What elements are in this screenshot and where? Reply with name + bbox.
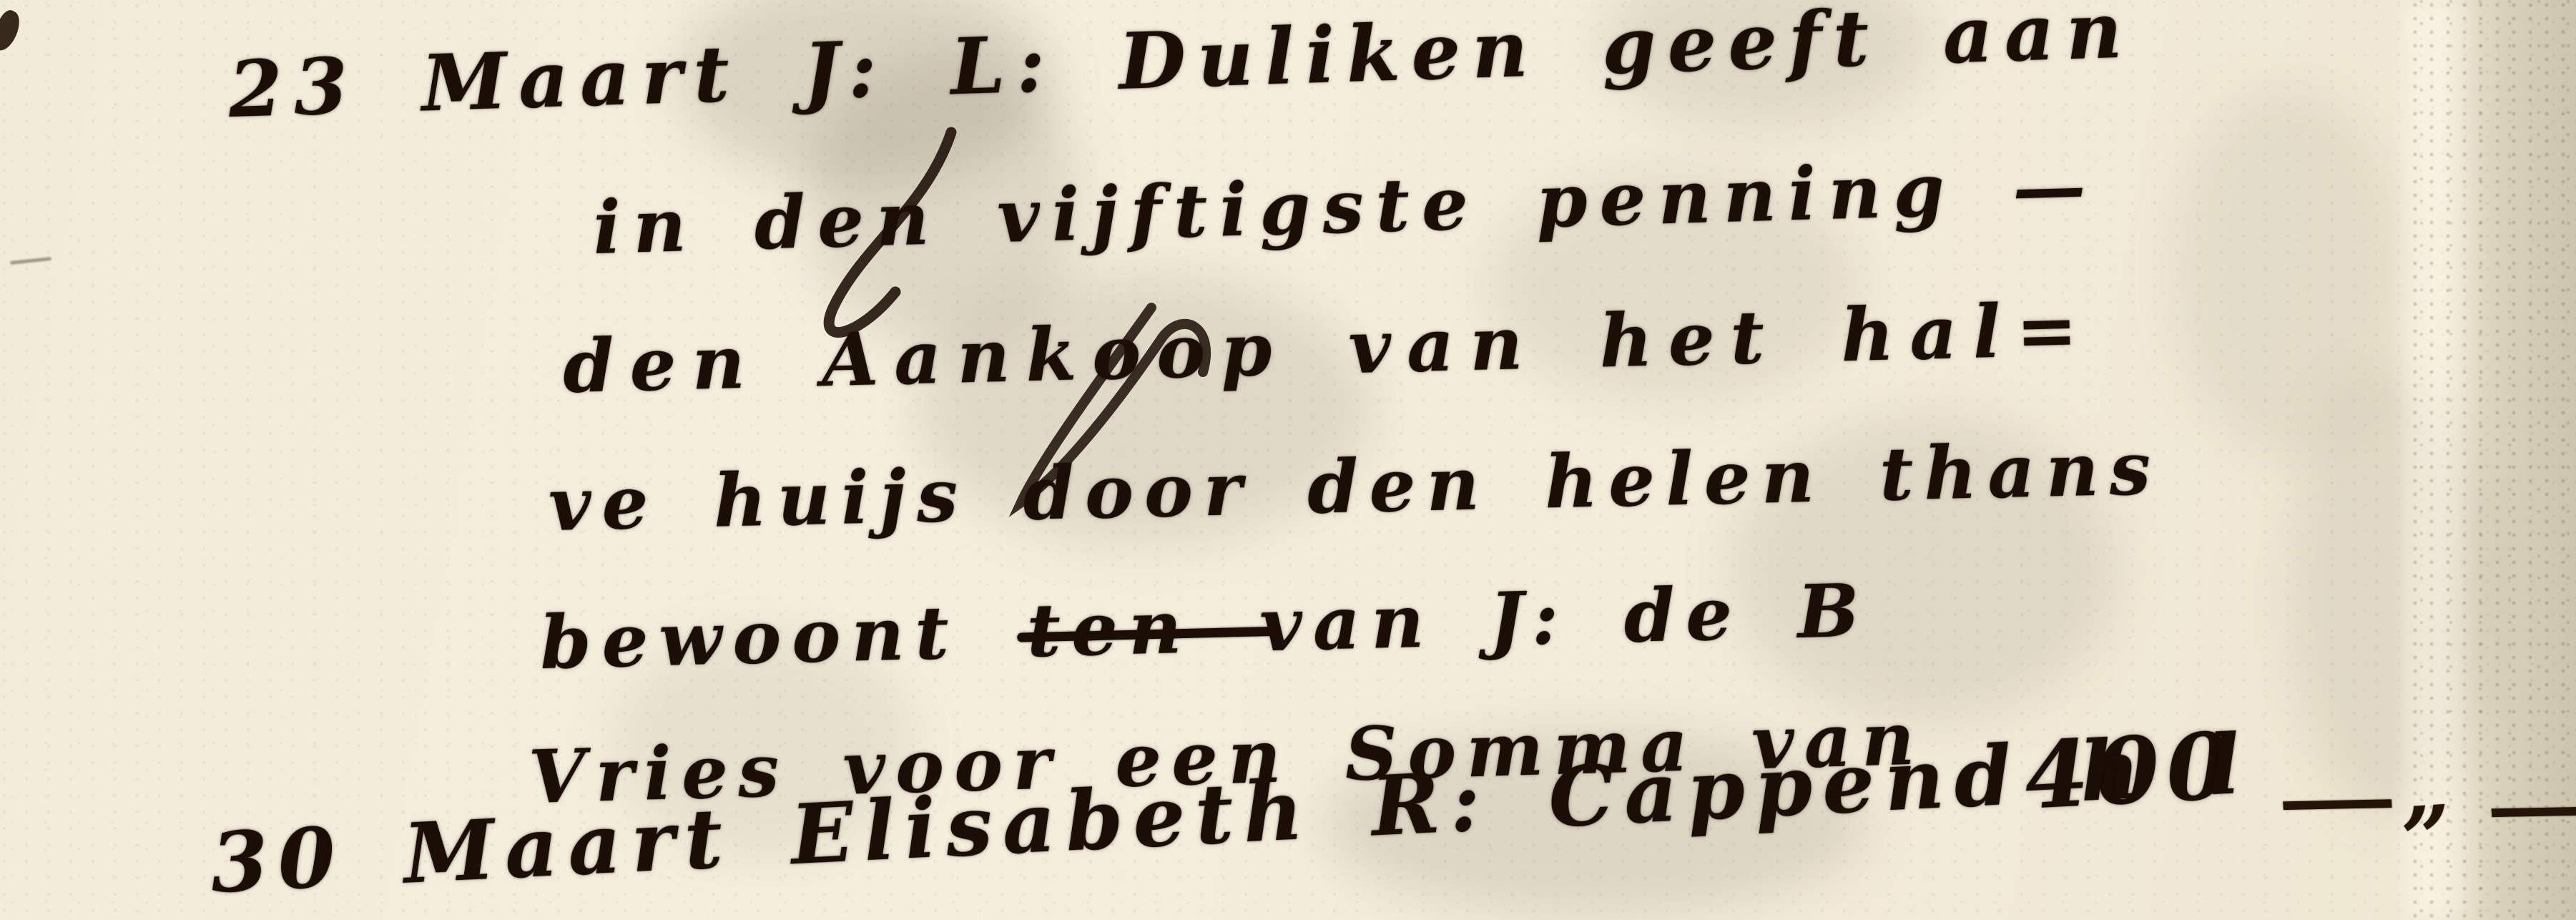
entry-line-house: ve huijs door den helen thans — [548, 432, 2162, 542]
amount-ditto-separator: „ — [2397, 745, 2452, 834]
entry-line-occupant: bewoont ten van J: de B — [539, 574, 1871, 680]
line5-text-post: van J: de B — [1259, 568, 1871, 669]
faint-scratch-mark — [10, 257, 51, 265]
entry-line-tax: in den vijftigste penning — — [592, 150, 2099, 265]
amount-dash-1: — — [2274, 762, 2400, 836]
manuscript-page: 23 Maart J: L: Duliken geeft aan in den … — [0, 0, 2576, 920]
ink-showthrough-stain — [2174, 86, 2403, 458]
entry-line-date-and-name: 23 Maart J: L: Duliken geeft aan — [227, 0, 2135, 129]
entry-line-purchase: den Aankoop van het hal= — [562, 293, 2094, 403]
corner-ink-speck — [0, 7, 24, 54]
amount-dash-2: — — [2482, 769, 2576, 843]
line5-text-pre: bewoont — [539, 590, 960, 686]
ink-showthrough-stain — [2289, 372, 2489, 816]
struck-out-word: ten — [1026, 591, 1194, 668]
